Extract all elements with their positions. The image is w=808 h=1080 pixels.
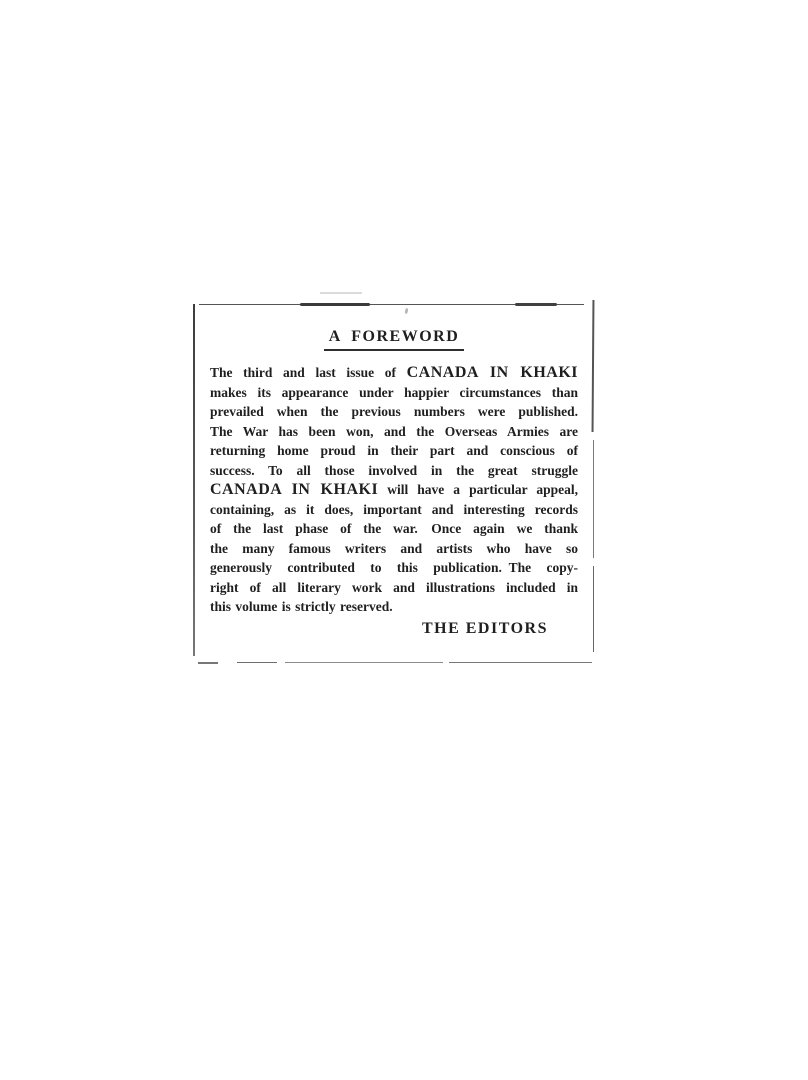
foreword-line: generously contributed to this publicati… xyxy=(210,558,578,578)
foreword-line: of the last phase of the war. Once again… xyxy=(210,519,578,539)
frame-border-right xyxy=(592,300,595,432)
foreword-line: success. To all those involved in the gr… xyxy=(210,461,578,481)
scan-smudge xyxy=(320,292,362,294)
scanned-book-page: A FOREWORD The third and last issue of C… xyxy=(0,0,808,1080)
editors-signature: THE EDITORS xyxy=(210,620,578,638)
frame-border-right xyxy=(593,566,594,652)
publication-name: CANADA IN KHAKI xyxy=(210,481,378,498)
foreword-title: A FOREWORD xyxy=(210,328,578,351)
foreword-line: prevailed when the previous numbers were… xyxy=(210,402,578,422)
foreword-line: returning home proud in their part and c… xyxy=(210,441,578,461)
frame-border-bottom-dash xyxy=(285,662,443,663)
publication-name: CANADA IN KHAKI xyxy=(407,364,578,381)
foreword-line: the many famous writers and artists who … xyxy=(210,539,578,559)
foreword-line: CANADA IN KHAKI will have a particular a… xyxy=(210,480,578,500)
foreword-line: The War has been won, and the Overseas A… xyxy=(210,422,578,442)
foreword-title-text: A FOREWORD xyxy=(324,328,465,351)
frame-border-right xyxy=(593,440,594,558)
foreword-line: right of all literary work and illustrat… xyxy=(210,578,578,598)
foreword-line: this volume is strictly reserved. xyxy=(210,597,578,617)
foreword-line: The third and last issue of CANADA IN KH… xyxy=(210,363,578,383)
frame-border-bottom-dash xyxy=(449,662,592,663)
foreword-line: makes its appearance under happier circu… xyxy=(210,383,578,403)
foreword-content: A FOREWORD The third and last issue of C… xyxy=(210,304,578,638)
foreword-line: containing, as it does, important and in… xyxy=(210,500,578,520)
frame-border-bottom-dash xyxy=(198,662,218,664)
frame-border-left xyxy=(193,304,195,656)
foreword-paragraph: The third and last issue of CANADA IN KH… xyxy=(210,363,578,617)
foreword-box: A FOREWORD The third and last issue of C… xyxy=(193,304,594,663)
frame-border-bottom-dash xyxy=(237,662,277,663)
